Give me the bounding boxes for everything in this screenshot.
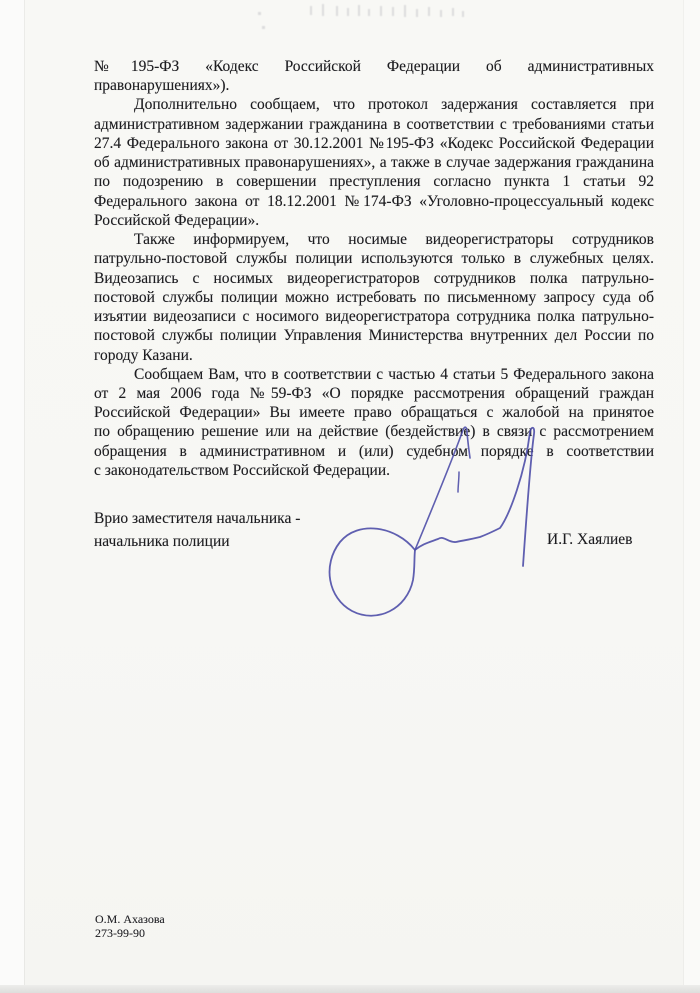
scan-right-strip: [684, 0, 700, 993]
body-text-line: обращения в административном и (или) суд…: [94, 442, 654, 461]
bleed-mark: [428, 7, 430, 16]
executor-name: О.М. Ахазова: [95, 913, 165, 927]
body-text-line: постовой службы полиции можно истребоват…: [94, 288, 654, 307]
bleed-mark: [452, 8, 454, 16]
body-text-line: Российской Федерации».: [94, 211, 654, 230]
scan-left-strip: [0, 0, 24, 993]
body-text-line: Дополнительно сообщаем, что протокол зад…: [94, 95, 654, 114]
bleed-mark: [258, 12, 261, 15]
bleed-mark: [380, 6, 382, 16]
bleed-mark: [262, 26, 265, 29]
bleed-mark: [368, 9, 370, 16]
signer-position-line1: Врио заместителя начальника -: [94, 508, 394, 531]
bleed-mark: [440, 10, 442, 17]
signer-name: И.Г. Хаялиев: [547, 531, 632, 549]
scanned-letter-page: №195-ФЗ «Кодекс Российской Федерации об …: [0, 0, 700, 993]
scan-bottom-edge: [0, 985, 700, 993]
body-text-line: постовой службы полиции Управления Минис…: [94, 326, 654, 345]
body-text-line: по подозрению в совершении преступления …: [94, 172, 654, 191]
bleed-mark: [336, 6, 338, 16]
body-text-line: патрульно-постовой службы полиции исполь…: [94, 249, 654, 268]
body-text-line: по обращению решение или на действие (бе…: [94, 422, 654, 441]
executor-footer: О.М. Ахазова 273-99-90: [95, 913, 165, 941]
body-text-line: Сообщаем Вам, что в соответствии с часть…: [94, 365, 654, 384]
bleed-mark: [358, 5, 360, 16]
body-text-line: Видеозапись с носимых видеорегистраторов…: [94, 269, 654, 288]
body-text-line: изъятии видеозаписи с носимого видеореги…: [94, 307, 654, 326]
bleed-mark: [322, 4, 324, 16]
bleed-mark: [462, 11, 464, 17]
bleed-mark: [404, 5, 406, 17]
scan-right-seam: [683, 0, 684, 993]
signer-position-title: Врио заместителя начальника - начальника…: [94, 508, 394, 553]
body-text-line: правонарушениях»).: [94, 76, 654, 95]
body-text-line: об административных правонарушениях», а …: [94, 153, 654, 172]
scan-bleedthrough-marks: [0, 0, 700, 40]
body-text-line: Также информируем, что носимые видеореги…: [94, 230, 654, 249]
bleed-mark: [347, 8, 349, 16]
signer-position-line2: начальника полиции: [94, 531, 394, 554]
executor-phone: 273-99-90: [95, 927, 165, 941]
body-text-line: №195-ФЗ «Кодекс Российской Федерации об …: [94, 57, 654, 76]
body-text-line: административном задержании гражданина в…: [94, 115, 654, 134]
bleed-mark: [310, 6, 312, 15]
body-text-line: с законодательством Российской Федерации…: [94, 461, 654, 480]
body-text-line: Российской Федерации» Вы имеете право об…: [94, 403, 654, 422]
body-text-line: 27.4 Федерального закона от 30.12.2001 №…: [94, 134, 654, 153]
bleed-mark: [416, 9, 418, 17]
bleed-mark: [392, 7, 394, 16]
body-text-line: городу Казани.: [94, 346, 654, 365]
scan-left-seam: [24, 0, 25, 993]
letter-body: №195-ФЗ «Кодекс Российской Федерации об …: [94, 57, 654, 480]
body-text-line: от 2 мая 2006 года №59-ФЗ «О порядке рас…: [94, 384, 654, 403]
body-text-line: Федерального закона от 18.12.2001 №174-Ф…: [94, 192, 654, 211]
